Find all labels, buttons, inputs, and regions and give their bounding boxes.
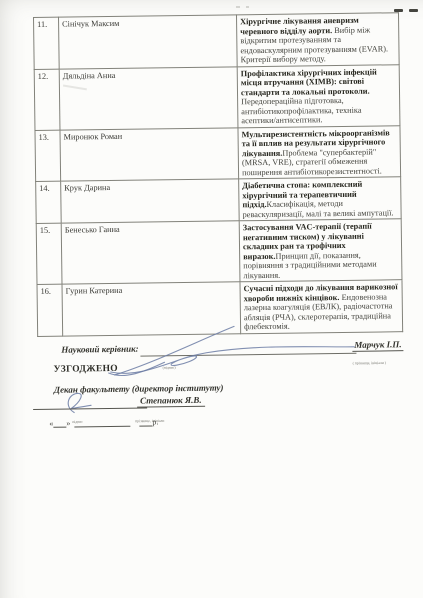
student-name: Сінічук Максим (59, 15, 238, 69)
date-fill-line: «»р. (49, 417, 158, 427)
dean-name: Степанюк Я.В. (137, 395, 205, 408)
date-day-blank (53, 420, 66, 428)
topic-cell: Застосування VAC-терапії (терапії негати… (239, 219, 402, 282)
row-number: 13. (35, 130, 61, 182)
page-content: 11. Сінічук Максим Хірургічне лікування … (0, 0, 423, 598)
topic-cell: Хірургічне лікування аневризм черевного … (236, 13, 399, 67)
row-number: 14. (36, 181, 62, 223)
table-row: 11. Сінічук Максим Хірургічне лікування … (34, 13, 400, 69)
student-name: Дяльдіна Анна (59, 66, 238, 129)
row-number: 11. (34, 17, 60, 69)
supervisor-signature-ink (100, 323, 361, 382)
row-number: 15. (36, 223, 62, 284)
table-row: 14. Крук Дарина Діабетична стопа: компле… (36, 177, 402, 224)
row-number: 12. (34, 69, 60, 130)
date-year-blank (139, 418, 152, 426)
year-suffix: р. (152, 417, 158, 426)
table-row: 13. Миронюк Роман Мультирезистентність м… (35, 125, 401, 181)
topic-cell: Мультирезистентність мікроорганізмів та … (238, 125, 401, 179)
supervisor-name-hint: ( прізвище, ініціали ) (352, 352, 406, 371)
row-number: 16. (37, 284, 63, 336)
supervisor-name: Марчук І.П. (352, 339, 403, 352)
topic-title: Профілактика хірургічних інфекцій місця … (241, 67, 377, 97)
thesis-topics-table: 11. Сінічук Максим Хірургічне лікування … (33, 12, 403, 336)
close-quote: » (66, 419, 70, 428)
topic-cell: Профілактика хірургічних інфекцій місця … (237, 64, 400, 127)
student-name: Бенесько Ганна (61, 221, 240, 284)
topic-cell: Діабетична стопа: комплексний хірургічни… (239, 177, 402, 221)
table-row: 15. Бенесько Ганна Застосування VAC-тера… (36, 219, 402, 285)
student-name: Крук Дарина (61, 179, 240, 223)
date-month-blank (74, 419, 130, 428)
student-name: Миронюк Роман (60, 127, 239, 181)
table-row: 12. Дяльдіна Анна Профілактика хірургічн… (34, 64, 400, 130)
scanned-document-page: 11. Сінічук Максим Хірургічне лікування … (0, 0, 423, 598)
topic-description: Передопераційна підготовка, антибіотикоп… (241, 96, 361, 125)
agreed-label: УЗГОДЖЕНО (54, 364, 118, 375)
